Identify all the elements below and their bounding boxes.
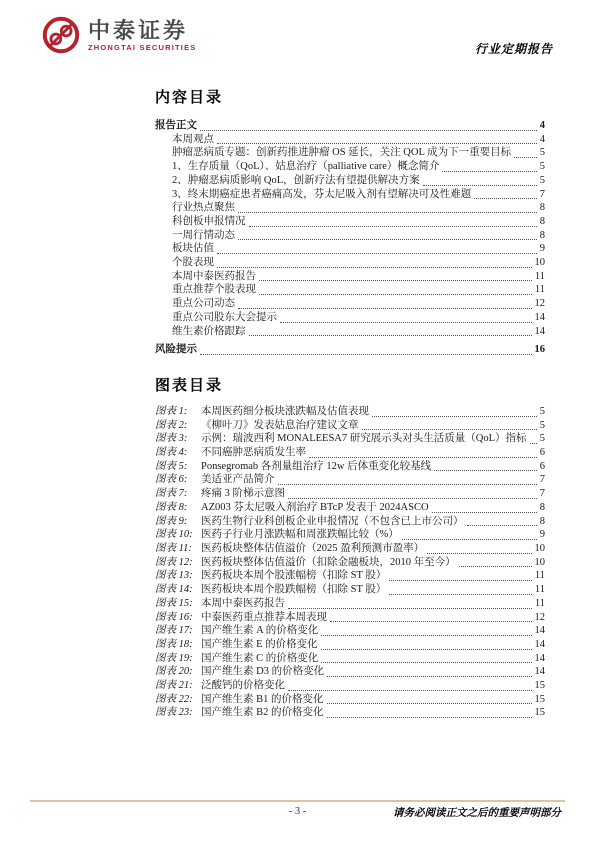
figure-entry: 图表 15: 本周中泰医药报告 11 xyxy=(155,597,545,611)
figure-entry-label: 图表 22: xyxy=(155,693,201,707)
toc-entry-label: 1、生存质量（QoL）、姑息治疗（palliative care）概念简介 xyxy=(172,160,439,174)
figure-entry-label: 图表 15: xyxy=(155,597,201,611)
toc-entry-page: 5 xyxy=(540,146,545,160)
figure-entry-text: 国产维生素 E 的价格变化 xyxy=(201,638,318,652)
toc-entry-label: 本周观点 xyxy=(172,133,214,147)
toc-entry: 1、生存质量（QoL）、姑息治疗（palliative care）概念简介 5 xyxy=(155,160,545,174)
figure-entry: 图表 18: 国产维生素 E 的价格变化 14 xyxy=(155,638,545,652)
toc-entry-label: 板块估值 xyxy=(172,242,214,256)
figure-entry-text: 医药板块本周个股涨幅榜（扣除 ST 股） xyxy=(201,569,386,583)
figure-entry-text: 医药板块整体估值溢价（2025 盈利预测市盈率） xyxy=(201,542,424,556)
toc-entry-label: 重点公司动态 xyxy=(172,297,235,311)
figure-entry-page: 12 xyxy=(535,611,546,625)
figure-entry-text: 医药板块整体估值溢价（扣除金融板块，2010 年至今） xyxy=(201,556,456,570)
figure-entry-page: 7 xyxy=(540,473,545,487)
figure-entry-page: 11 xyxy=(535,583,545,597)
dot-leader xyxy=(249,335,532,336)
figure-entry-text: 美适亚产品简介 xyxy=(201,473,275,487)
figure-entry-label: 图表 11: xyxy=(155,542,201,556)
figure-toc-title: 图表目录 xyxy=(155,374,545,395)
toc-entry-page: 16 xyxy=(535,343,546,357)
figure-entry-text: 疼痛 3 阶梯示意图 xyxy=(201,487,285,501)
figure-entry-label: 图表 12: xyxy=(155,556,201,570)
figure-entry-label: 图表 6: xyxy=(155,473,201,487)
figure-entry-text: 本周中泰医药报告 xyxy=(201,597,285,611)
figure-entry-page: 8 xyxy=(540,501,545,515)
figure-entry-page: 5 xyxy=(540,405,545,419)
brand-text: 中泰证券 ZHONGTAI SECURITIES xyxy=(88,19,197,52)
dot-leader xyxy=(389,594,532,595)
figure-entry: 图表 6: 美适亚产品简介 7 xyxy=(155,473,545,487)
toc-entry-label: 重点公司股东大会提示 xyxy=(172,311,277,325)
figure-entry-page: 8 xyxy=(540,515,545,529)
figure-entry-label: 图表 14: xyxy=(155,583,201,597)
toc-entry-page: 10 xyxy=(535,256,546,270)
figure-entry: 图表 8: AZ003 芬太尼吸入剂治疗 BTcP 发表于 2024ASCO 8 xyxy=(155,501,545,515)
figure-entry-label: 图表 8: xyxy=(155,501,201,515)
toc-entry-label: 2、肿瘤恶病质影响 QoL，创新疗法有望提供解决方案 xyxy=(172,174,420,188)
toc-main: 内容目录 报告正文 4 本周观点 4 肿瘤恶病质专题：创新药推进肿瘤 OS 延长… xyxy=(0,72,595,720)
report-type-label: 行业定期报告 xyxy=(475,40,553,57)
figure-entry-text: 国产维生素 C 的价格变化 xyxy=(201,652,318,666)
dot-leader xyxy=(259,294,532,295)
figure-entry: 图表 5: Ponsegromab 各剂量组治疗 12w 后体重变化较基线 6 xyxy=(155,460,545,474)
toc-entry-page: 11 xyxy=(535,270,545,284)
dot-leader xyxy=(432,512,537,513)
dot-leader xyxy=(217,253,537,254)
figure-entry-page: 14 xyxy=(535,665,546,679)
dot-leader xyxy=(427,553,531,554)
dot-leader xyxy=(309,457,537,458)
dot-leader xyxy=(423,185,537,186)
figure-entry-page: 14 xyxy=(535,652,546,666)
dot-leader xyxy=(249,226,537,227)
toc-entry: 本周观点 4 xyxy=(155,133,545,147)
brand-name-en: ZHONGTAI SECURITIES xyxy=(88,43,197,52)
toc-entry-label: 科创板申报情况 xyxy=(172,215,246,229)
figure-entry-page: 5 xyxy=(540,432,545,446)
figure-entry-page: 6 xyxy=(540,446,545,460)
figure-entry: 图表 1: 本周医药细分板块涨跌幅及估值表现 5 xyxy=(155,405,545,419)
toc-entry-label: 维生素价格跟踪 xyxy=(172,325,246,339)
figure-entry-label: 图表 18: xyxy=(155,638,201,652)
figure-entry-page: 10 xyxy=(535,542,546,556)
toc-entry-label: 一周行情动态 xyxy=(172,229,235,243)
toc-entry-page: 14 xyxy=(535,325,546,339)
dot-leader xyxy=(389,580,532,581)
figure-entry-label: 图表 20: xyxy=(155,665,201,679)
figure-entry-label: 图表 2: xyxy=(155,419,201,433)
dot-leader xyxy=(327,676,531,677)
figure-entry-label: 图表 23: xyxy=(155,706,201,720)
toc-entry-page: 5 xyxy=(540,160,545,174)
figure-entry-page: 6 xyxy=(540,460,545,474)
figure-entry-text: 泛酸钙的价格变化 xyxy=(201,679,285,693)
figure-entry-label: 图表 10: xyxy=(155,528,201,542)
toc-entry-page: 8 xyxy=(540,229,545,243)
dot-leader xyxy=(238,212,537,213)
dot-leader xyxy=(467,525,537,526)
toc-entry-label: 报告正文 xyxy=(155,119,197,133)
page-header: 中泰证券 ZHONGTAI SECURITIES 行业定期报告 xyxy=(0,0,595,72)
figure-entry: 图表 16: 中泰医药重点推荐本周表现 12 xyxy=(155,611,545,625)
dot-leader xyxy=(321,649,532,650)
dot-leader xyxy=(327,703,532,704)
figure-entry-page: 11 xyxy=(535,569,545,583)
dot-leader xyxy=(434,470,537,471)
figure-entry-label: 图表 4: xyxy=(155,446,201,460)
figure-entry: 图表 21: 泛酸钙的价格变化 15 xyxy=(155,679,545,693)
figure-entry-label: 图表 16: xyxy=(155,611,201,625)
toc-entry-page: 4 xyxy=(540,133,545,147)
dot-leader xyxy=(238,239,537,240)
figure-entry: 图表 20: 国产维生素 D3 的价格变化 14 xyxy=(155,665,545,679)
toc-entry-label: 风险提示 xyxy=(155,343,197,357)
figure-entry: 图表 3: 示例：瑞波西利 MONALEESA7 研究展示头对头生活质量（QoL… xyxy=(155,432,545,446)
figure-entry: 图表 10: 医药子行业月涨跌幅和周涨跌幅比较（%） 9 xyxy=(155,528,545,542)
figure-entry: 图表 14: 医药板块本周个股跌幅榜（扣除 ST 股） 11 xyxy=(155,583,545,597)
toc-entry: 科创板申报情况 8 xyxy=(155,215,545,229)
toc-entry: 3、终末期癌症患者癌痛高发，芬太尼吸入剂有望解决可及性难题 7 xyxy=(155,188,545,202)
figure-entry-text: 国产维生素 A 的价格变化 xyxy=(201,624,318,638)
toc-entry-page: 8 xyxy=(540,215,545,229)
dot-leader xyxy=(278,484,537,485)
dot-leader xyxy=(321,635,531,636)
dot-leader xyxy=(288,498,537,499)
figure-entry: 图表 22: 国产维生素 B1 的价格变化 15 xyxy=(155,693,545,707)
toc-entry: 2、肿瘤恶病质影响 QoL，创新疗法有望提供解决方案 5 xyxy=(155,174,545,188)
figure-entry-text: 医药板块本周个股跌幅榜（扣除 ST 股） xyxy=(201,583,386,597)
figure-toc-list: 图表 1: 本周医药细分板块涨跌幅及估值表现 5 图表 2: 《柳叶刀》发表姑息… xyxy=(155,405,545,720)
figure-entry-text: 本周医药细分板块涨跌幅及估值表现 xyxy=(201,405,369,419)
figure-entry-text: 国产维生素 D3 的价格变化 xyxy=(201,665,324,679)
toc-entry: 本周中泰医药报告 11 xyxy=(155,270,545,284)
toc-entry: 个股表现 10 xyxy=(155,256,545,270)
dot-leader xyxy=(288,690,532,691)
toc-entry: 肿瘤恶病质专题：创新药推进肿瘤 OS 延长，关注 QOL 成为下一重要目标 5 xyxy=(155,146,545,160)
toc-entry-label: 3、终末期癌症患者癌痛高发，芬太尼吸入剂有望解决可及性难题 xyxy=(172,188,471,202)
toc-entry-page: 8 xyxy=(540,201,545,215)
figure-entry-label: 图表 5: xyxy=(155,460,201,474)
figure-entry-label: 图表 1: xyxy=(155,405,201,419)
figure-entry-text: 医药生物行业科创板企业申报情况（不包含已上市公司） xyxy=(201,515,464,529)
dot-leader xyxy=(288,608,532,609)
toc-entry-page: 12 xyxy=(535,297,546,311)
figure-entry-page: 5 xyxy=(540,419,545,433)
figure-entry: 图表 11: 医药板块整体估值溢价（2025 盈利预测市盈率） 10 xyxy=(155,542,545,556)
dot-leader xyxy=(372,416,537,417)
figure-entry-page: 14 xyxy=(535,638,546,652)
dot-leader xyxy=(321,662,531,663)
figure-entry-text: 国产维生素 B2 的价格变化 xyxy=(201,706,324,720)
figure-entry-text: 中泰医药重点推荐本周表现 xyxy=(201,611,327,625)
footer-disclaimer: 请务必阅读正文之后的重要声明部分 xyxy=(393,805,561,820)
dot-leader xyxy=(474,198,537,199)
figure-entry-text: 国产维生素 B1 的价格变化 xyxy=(201,693,324,707)
toc-entry-page: 7 xyxy=(540,188,545,202)
figure-entry-label: 图表 3: xyxy=(155,432,201,446)
figure-entry-page: 9 xyxy=(540,528,545,542)
toc-entry-page: 4 xyxy=(540,119,545,133)
toc-entry-page: 14 xyxy=(535,311,546,325)
brand-logo: 中泰证券 ZHONGTAI SECURITIES xyxy=(42,16,197,54)
figure-entry: 图表 4: 不同癌肿恶病质发生率 6 xyxy=(155,446,545,460)
zhongtai-logo-icon xyxy=(42,16,80,54)
figure-entry-text: AZ003 芬太尼吸入剂治疗 BTcP 发表于 2024ASCO xyxy=(201,501,429,515)
figure-entry-text: 《柳叶刀》发表姑息治疗建议文章 xyxy=(201,419,359,433)
toc-entry-label: 个股表现 xyxy=(172,256,214,270)
content-toc-list: 报告正文 4 本周观点 4 肿瘤恶病质专题：创新药推进肿瘤 OS 延长，关注 Q… xyxy=(155,119,545,357)
brand-name-cn: 中泰证券 xyxy=(88,19,197,43)
page-footer: - 3 - 请务必阅读正文之后的重要声明部分 xyxy=(30,800,565,821)
dot-leader xyxy=(259,280,532,281)
figure-entry: 图表 19: 国产维生素 C 的价格变化 14 xyxy=(155,652,545,666)
figure-entry-label: 图表 17: xyxy=(155,624,201,638)
figure-entry-label: 图表 21: xyxy=(155,679,201,693)
dot-leader xyxy=(330,621,532,622)
figure-entry-text: Ponsegromab 各剂量组治疗 12w 后体重变化较基线 xyxy=(201,460,431,474)
dot-leader xyxy=(402,539,537,540)
figure-entry-page: 14 xyxy=(535,624,546,638)
dot-leader xyxy=(327,717,532,718)
dot-leader xyxy=(238,308,532,309)
toc-entry-label: 行业热点聚焦 xyxy=(172,201,235,215)
report-page: 中泰证券 ZHONGTAI SECURITIES 行业定期报告 内容目录 报告正… xyxy=(0,0,595,841)
toc-entry-page: 9 xyxy=(540,242,545,256)
dot-leader xyxy=(442,171,536,172)
figure-entry-text: 医药子行业月涨跌幅和周涨跌幅比较（%） xyxy=(201,528,399,542)
toc-entry: 重点公司股东大会提示 14 xyxy=(155,311,545,325)
figure-entry: 图表 23: 国产维生素 B2 的价格变化 15 xyxy=(155,706,545,720)
figure-entry-label: 图表 7: xyxy=(155,487,201,501)
toc-entry-label: 肿瘤恶病质专题：创新药推进肿瘤 OS 延长，关注 QOL 成为下一重要目标 xyxy=(172,146,511,160)
dot-leader xyxy=(217,143,537,144)
toc-entry-page: 5 xyxy=(540,174,545,188)
figure-entry: 图表 12: 医药板块整体估值溢价（扣除金融板块，2010 年至今） 10 xyxy=(155,556,545,570)
figure-entry-text: 不同癌肿恶病质发生率 xyxy=(201,446,306,460)
figure-entry: 图表 13: 医药板块本周个股涨幅榜（扣除 ST 股） 11 xyxy=(155,569,545,583)
figure-entry-page: 15 xyxy=(535,706,546,720)
dot-leader xyxy=(280,322,532,323)
figure-entry: 图表 17: 国产维生素 A 的价格变化 14 xyxy=(155,624,545,638)
toc-entry: 维生素价格跟踪 14 xyxy=(155,325,545,339)
figure-entry-page: 15 xyxy=(535,693,546,707)
toc-entry: 行业热点聚焦 8 xyxy=(155,201,545,215)
figure-entry: 图表 9: 医药生物行业科创板企业申报情况（不包含已上市公司） 8 xyxy=(155,515,545,529)
dot-leader xyxy=(200,354,532,355)
toc-entry: 一周行情动态 8 xyxy=(155,229,545,243)
figure-entry-label: 图表 9: xyxy=(155,515,201,529)
toc-entry-page: 11 xyxy=(535,283,545,297)
toc-entry: 重点推荐个股表现 11 xyxy=(155,283,545,297)
figure-entry-label: 图表 13: xyxy=(155,569,201,583)
figure-entry-label: 图表 19: xyxy=(155,652,201,666)
toc-entry-label: 重点推荐个股表现 xyxy=(172,283,256,297)
toc-entry: 板块估值 9 xyxy=(155,242,545,256)
figure-entry: 图表 7: 疼痛 3 阶梯示意图 7 xyxy=(155,487,545,501)
figure-entry-page: 10 xyxy=(535,556,546,570)
figure-entry-text: 示例：瑞波西利 MONALEESA7 研究展示头对头生活质量（QoL）指标 xyxy=(201,432,527,446)
figure-entry-page: 11 xyxy=(535,597,545,611)
toc-entry: 风险提示 16 xyxy=(155,343,545,357)
dot-leader xyxy=(200,130,537,131)
toc-entry: 重点公司动态 12 xyxy=(155,297,545,311)
dot-leader xyxy=(514,157,537,158)
dot-leader xyxy=(459,566,532,567)
content-toc-title: 内容目录 xyxy=(155,86,545,107)
dot-leader xyxy=(362,429,537,430)
figure-entry-page: 7 xyxy=(540,487,545,501)
figure-entry: 图表 2: 《柳叶刀》发表姑息治疗建议文章 5 xyxy=(155,419,545,433)
dot-leader xyxy=(530,443,537,444)
toc-entry-label: 本周中泰医药报告 xyxy=(172,270,256,284)
toc-entry: 报告正文 4 xyxy=(155,119,545,133)
figure-entry-page: 15 xyxy=(535,679,546,693)
dot-leader xyxy=(217,267,532,268)
